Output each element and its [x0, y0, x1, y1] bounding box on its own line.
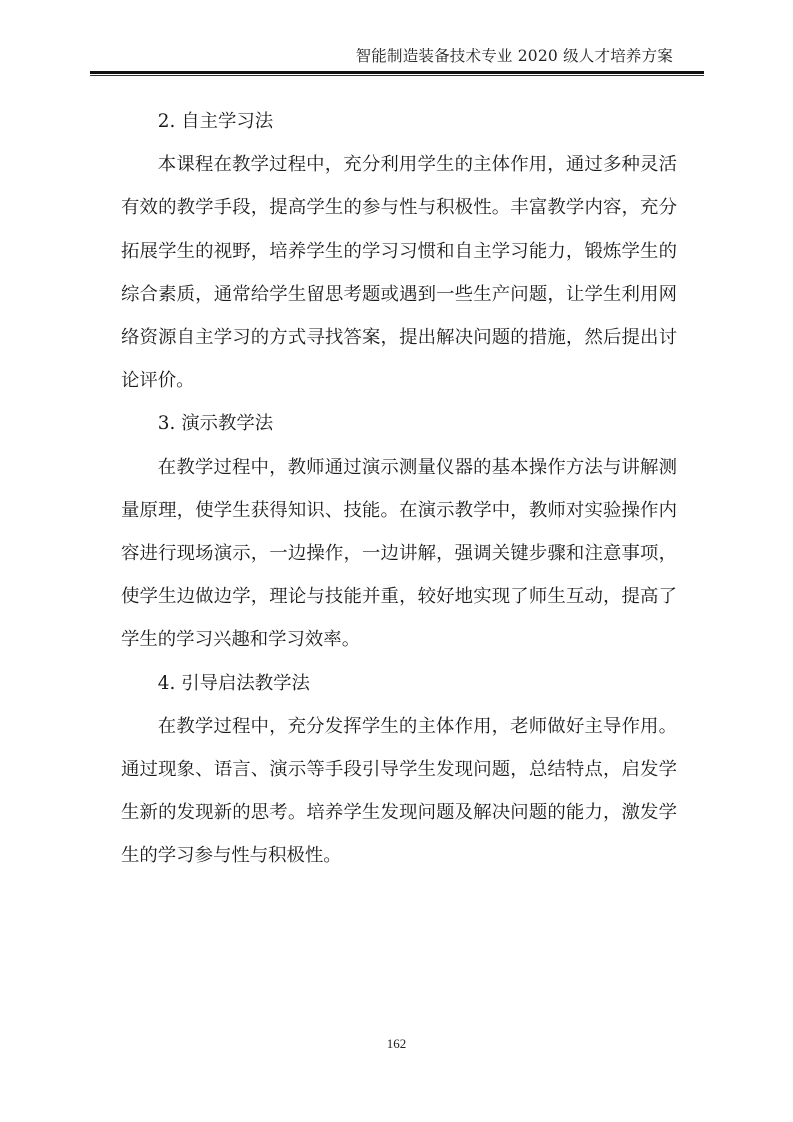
section-heading: 2. 自主学习法 — [121, 100, 677, 143]
page-number: 162 — [0, 1036, 793, 1052]
section-paragraph: 在教学过程中，教师通过演示测量仪器的基本操作方法与讲解测量原理，使学生获得知识、… — [121, 446, 677, 662]
header-divider-thin — [90, 75, 704, 76]
section-heading: 4. 引导启法教学法 — [121, 662, 677, 705]
document-body: 2. 自主学习法 本课程在教学过程中，充分利用学生的主体作用，通过多种灵活有效的… — [121, 100, 677, 878]
header-divider-thick — [90, 71, 704, 74]
document-title: 智能制造装备技术专业 2020 级人才培养方案 — [356, 44, 673, 66]
page-header: 智能制造装备技术专业 2020 级人才培养方案 — [90, 40, 704, 70]
section-paragraph: 在教学过程中，充分发挥学生的主体作用，老师做好主导作用。通过现象、语言、演示等手… — [121, 705, 677, 878]
section-heading: 3. 演示教学法 — [121, 402, 677, 445]
section-paragraph: 本课程在教学过程中，充分利用学生的主体作用，通过多种灵活有效的教学手段，提高学生… — [121, 143, 677, 402]
